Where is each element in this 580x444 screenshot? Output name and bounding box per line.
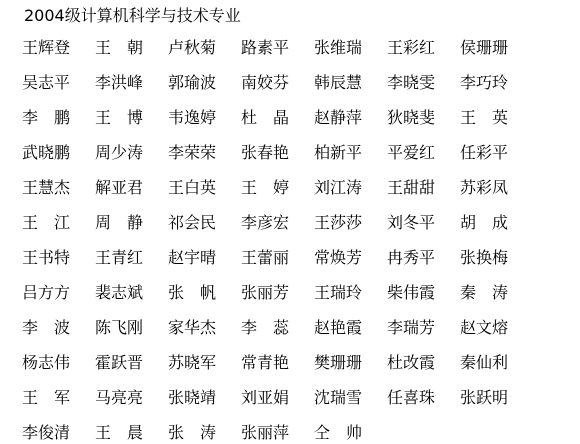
- student-name: 霍跃晋: [95, 355, 168, 371]
- student-name: 王 英: [460, 110, 533, 126]
- student-name: 常青艳: [241, 355, 314, 371]
- name-row: 王 江周 静祁会民李彦宏王莎莎刘冬平胡 成: [22, 205, 580, 240]
- student-name: 路素平: [241, 40, 314, 56]
- student-name: 张换梅: [460, 250, 533, 266]
- student-name: 王彩红: [387, 40, 460, 56]
- name-row: 吕方方裴志斌张 帆张丽芳王瑞玲柴伟霞秦 涛: [22, 275, 580, 310]
- student-name: 刘江涛: [314, 180, 387, 196]
- student-name: 张春艳: [241, 145, 314, 161]
- student-name: 李晓雯: [387, 75, 460, 91]
- student-name: 张丽芳: [241, 285, 314, 301]
- student-name: 沈瑞雪: [314, 390, 387, 406]
- student-name: 刘亚娟: [241, 390, 314, 406]
- name-row: 王书特王青红赵宇晴王蕾丽常焕芳冉秀平张换梅: [22, 240, 580, 275]
- student-name: 王蕾丽: [241, 250, 314, 266]
- student-name: 吴志平: [22, 75, 95, 91]
- student-name: 任喜珠: [387, 390, 460, 406]
- student-name: 张丽萍: [241, 425, 314, 441]
- student-name: 侯珊珊: [460, 40, 533, 56]
- student-name: 祁会民: [168, 215, 241, 231]
- student-name: 李荣荣: [168, 145, 241, 161]
- student-name: 王 婷: [241, 180, 314, 196]
- student-name: 柴伟霞: [387, 285, 460, 301]
- student-name: 李洪峰: [95, 75, 168, 91]
- student-name: 王 江: [22, 215, 95, 231]
- student-name: 张晓靖: [168, 390, 241, 406]
- name-row: 武晓鹏周少涛李荣荣张春艳柏新平平爱红任彩平: [22, 135, 580, 170]
- name-row: 王慧杰解亚君王白英王 婷刘江涛王甜甜苏彩凤: [22, 170, 580, 205]
- student-name: 李巧玲: [460, 75, 533, 91]
- student-name: 王 朝: [95, 40, 168, 56]
- student-name: 李俊清: [22, 425, 95, 441]
- name-row: 王 军马亮亮张晓靖刘亚娟沈瑞雪任喜珠张跃明: [22, 380, 580, 415]
- student-name: 王 晨: [95, 425, 168, 441]
- student-name: 杜 晶: [241, 110, 314, 126]
- student-name: 王 博: [95, 110, 168, 126]
- student-name: 南姣芬: [241, 75, 314, 91]
- student-name: 苏晓军: [168, 355, 241, 371]
- student-name: 王慧杰: [22, 180, 95, 196]
- student-name: 马亮亮: [95, 390, 168, 406]
- student-name: 常焕芳: [314, 250, 387, 266]
- student-name: 周少涛: [95, 145, 168, 161]
- page-title: 2004级计算机科学与技术专业: [24, 8, 580, 24]
- student-name: 吕方方: [22, 285, 95, 301]
- student-name: 张维瑞: [314, 40, 387, 56]
- student-name: 赵文熔: [460, 320, 533, 336]
- student-name: 家华杰: [168, 320, 241, 336]
- name-grid: 王辉登王 朝卢秋菊路素平张维瑞王彩红侯珊珊吴志平李洪峰郭瑜波南姣芬韩辰慧李晓雯李…: [0, 30, 580, 444]
- student-name: 王书特: [22, 250, 95, 266]
- student-name: 周 静: [95, 215, 168, 231]
- student-name: 任彩平: [460, 145, 533, 161]
- student-name: 刘冬平: [387, 215, 460, 231]
- student-name: 张 帆: [168, 285, 241, 301]
- student-name: 王莎莎: [314, 215, 387, 231]
- name-row: 李俊清王 晨张 涛张丽萍仝 帅: [22, 415, 580, 444]
- student-name: 解亚君: [95, 180, 168, 196]
- student-name: 冉秀平: [387, 250, 460, 266]
- student-name: 苏彩凤: [460, 180, 533, 196]
- student-name: 韦逸婷: [168, 110, 241, 126]
- student-name: 平爱红: [387, 145, 460, 161]
- student-name: 张跃明: [460, 390, 533, 406]
- student-name: 胡 成: [460, 215, 533, 231]
- student-name: 王辉登: [22, 40, 95, 56]
- student-name: 狄晓斐: [387, 110, 460, 126]
- student-name: 李 鹏: [22, 110, 95, 126]
- student-name: 卢秋菊: [168, 40, 241, 56]
- student-name: 仝 帅: [314, 425, 387, 441]
- student-name: 李 波: [22, 320, 95, 336]
- roster-document: 2004级计算机科学与技术专业 王辉登王 朝卢秋菊路素平张维瑞王彩红侯珊珊吴志平…: [0, 0, 580, 444]
- student-name: 杜改霞: [387, 355, 460, 371]
- name-row: 吴志平李洪峰郭瑜波南姣芬韩辰慧李晓雯李巧玲: [22, 65, 580, 100]
- name-row: 杨志伟霍跃晋苏晓军常青艳樊珊珊杜改霞秦仙利: [22, 345, 580, 380]
- student-name: 王 军: [22, 390, 95, 406]
- student-name: 李 蕊: [241, 320, 314, 336]
- student-name: 韩辰慧: [314, 75, 387, 91]
- name-row: 王辉登王 朝卢秋菊路素平张维瑞王彩红侯珊珊: [22, 30, 580, 65]
- student-name: 赵宇晴: [168, 250, 241, 266]
- student-name: 樊珊珊: [314, 355, 387, 371]
- student-name: 陈飞刚: [95, 320, 168, 336]
- student-name: 王瑞玲: [314, 285, 387, 301]
- student-name: 秦 涛: [460, 285, 533, 301]
- student-name: 王白英: [168, 180, 241, 196]
- student-name: 赵静萍: [314, 110, 387, 126]
- student-name: 王青红: [95, 250, 168, 266]
- student-name: 武晓鹏: [22, 145, 95, 161]
- student-name: 王甜甜: [387, 180, 460, 196]
- student-name: 柏新平: [314, 145, 387, 161]
- name-row: 李 鹏王 博韦逸婷杜 晶赵静萍狄晓斐王 英: [22, 100, 580, 135]
- student-name: 裴志斌: [95, 285, 168, 301]
- student-name: 秦仙利: [460, 355, 533, 371]
- student-name: 郭瑜波: [168, 75, 241, 91]
- name-row: 李 波陈飞刚家华杰李 蕊赵艳霞李瑞芳赵文熔: [22, 310, 580, 345]
- student-name: 赵艳霞: [314, 320, 387, 336]
- student-name: 李彦宏: [241, 215, 314, 231]
- student-name: 张 涛: [168, 425, 241, 441]
- student-name: 李瑞芳: [387, 320, 460, 336]
- student-name: 杨志伟: [22, 355, 95, 371]
